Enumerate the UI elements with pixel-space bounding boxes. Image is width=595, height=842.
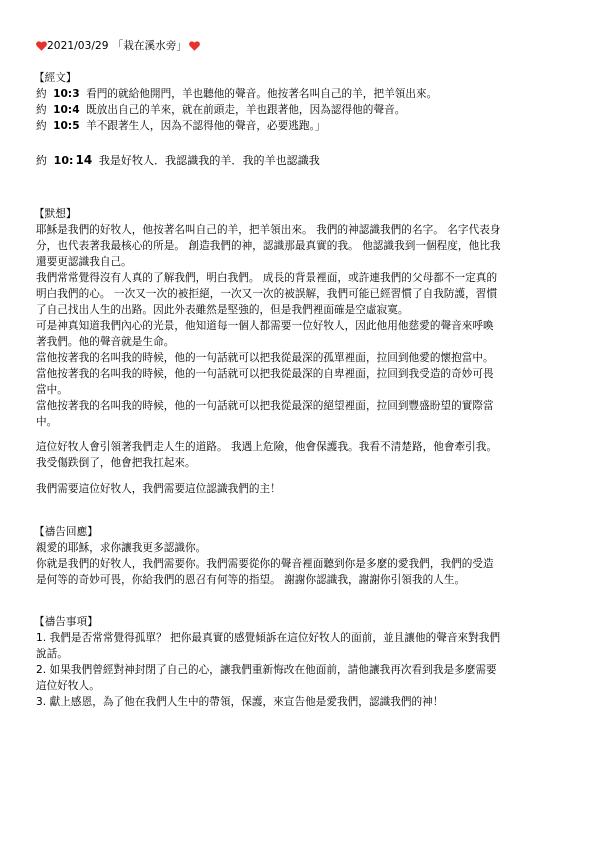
key-verse-ref: 10: (54, 154, 74, 167)
meditation-line: 當中。 (36, 382, 68, 398)
prayer-item-continuation: 這位好牧人。 (36, 678, 100, 694)
heart-icon (36, 41, 47, 51)
prayer-item-number: 3. (36, 696, 46, 708)
prayer-item-text: 如果我們曾經對神封閉了自己的心，讓我們重新悔改在他面前，請他讓我再次看到我是多麼… (50, 664, 497, 676)
prayer-response-line: 是何等的奇妙可畏，你給我們的恩召有何等的指望。 謝謝你認識我，謝謝你引領我的人生… (36, 572, 465, 588)
verse-book: 約 (36, 104, 47, 116)
heart-icon (189, 41, 200, 51)
verse-line: 約 10:4 既放出自己的羊來，就在前頭走，羊也跟著他，因為認得他的聲音。 (36, 102, 405, 118)
meditation-line: 了自己找出人生的出路。因此外表雖然是堅強的，但是我們裡面確是空虛寂寞。 (36, 302, 409, 318)
verse-ref: 10:3 (53, 88, 80, 100)
meditation-line: 著我們。他的聲音就是生命。 (36, 334, 174, 350)
prayer-item-text: 我們是否常常覺得孤單？ 把你最真實的感覺傾訴在這位好牧人的面前，並且讓他的聲音來… (50, 632, 500, 644)
scripture-heading: 【經文】 (34, 70, 77, 86)
prayer-item-text: 獻上感恩，為了他在我們人生中的帶領，保護，來宣告他是愛我們，認識我們的神！ (50, 696, 444, 708)
meditation-line: 我受傷跌倒了，他會把我扛起來。 (36, 455, 196, 471)
meditation-line: 我們常常覺得沒有人真的了解我們，明白我們。 成長的背景裡面，或許連我們的父母都不… (36, 270, 497, 286)
prayer-item-continuation: 說話。 (36, 646, 68, 662)
key-verse-book: 約 (36, 154, 47, 167)
meditation-conclusion: 我們需要這位好牧人，我們需要這位認識我們的主！ (36, 481, 281, 497)
verse-line: 約 10:5 羊不跟著生人，因為不認得他的聲音，必要逃跑。」 (36, 118, 326, 134)
meditation-line: 耶穌是我們的好牧人，他按著名叫自己的羊，把羊領出來。 我們的神認識我們的名字。 … (36, 222, 501, 238)
verse-text: 看門的就給他開門，羊也聽他的聲音。他按著名叫自己的羊，把羊領出來。 (86, 88, 437, 100)
prayer-response-line: 你就是我們的好牧人，我們需要你。我們需要從你的聲音裡面聽到你是多麼的愛我們，我們… (36, 556, 494, 572)
prayer-response-heading: 【禱告回應】 (34, 524, 98, 540)
meditation-line: 當他按著我的名叫我的時候，他的一句話就可以把我從最深的孤單裡面，拉回到他愛的懷抱… (36, 350, 494, 366)
meditation-line: 還要更認識我自己。 (36, 254, 132, 270)
prayer-response-line: 親愛的耶穌，求你讓我更多認識你。 (36, 540, 206, 556)
prayer-item-number: 2. (36, 664, 46, 676)
prayer-item: 2. 如果我們曾經對神封閉了自己的心，讓我們重新悔改在他面前，請他讓我再次看到我… (36, 662, 497, 678)
key-verse-text: 我是好牧人．我認識我的羊．我的羊也認識我 (99, 154, 320, 167)
prayer-items-heading: 【禱告事項】 (34, 614, 98, 630)
title-date: 2021/03/29 (47, 38, 109, 54)
devotional-title: 2021/03/29 「栽在溪水旁」 (36, 38, 200, 54)
meditation-line: 分，也代表著我最核心的所是。 創造我們的神，認識那最真實的我。 他認識我到一個程… (36, 238, 501, 254)
verse-ref: 10:5 (53, 120, 80, 132)
meditation-line: 這位好牧人會引領著我們走人生的道路。 我遇上危險，他會保護我。我看不清楚路，他會… (36, 439, 497, 455)
key-verse: 約 10:14 我是好牧人．我認識我的羊．我的羊也認識我 (36, 152, 320, 169)
verse-book: 約 (36, 120, 47, 132)
meditation-heading: 【默想】 (34, 206, 77, 222)
meditation-line: 中。 (36, 414, 57, 430)
meditation-line: 當他按著我的名叫我的時候，他的一句話就可以把我從最深的自卑裡面，拉回到我受造的奇… (36, 366, 494, 382)
prayer-item-number: 1. (36, 632, 46, 644)
title-text: 「栽在溪水旁」 (113, 38, 188, 54)
prayer-item: 3. 獻上感恩，為了他在我們人生中的帶領，保護，來宣告他是愛我們，認識我們的神！ (36, 694, 443, 710)
verse-line: 約 10:3 看門的就給他開門，羊也聽他的聲音。他按著名叫自己的羊，把羊領出來。 (36, 86, 437, 102)
prayer-item: 1. 我們是否常常覺得孤單？ 把你最真實的感覺傾訴在這位好牧人的面前，並且讓他的… (36, 630, 500, 646)
verse-ref: 10:4 (53, 104, 80, 116)
key-verse-ref-number: 14 (75, 153, 92, 167)
meditation-line: 當他按著我的名叫我的時候，他的一句話就可以把我從最深的絕望裡面，拉回到豐盛盼望的… (36, 398, 494, 414)
verse-text: 羊不跟著生人，因為不認得他的聲音，必要逃跑。」 (86, 120, 326, 132)
meditation-line: 可是神真知道我們內心的光景，他知道每一個人都需要一位好牧人，因此他用他慈愛的聲音… (36, 318, 494, 334)
meditation-line: 明白我們的心。 一次又一次的被拒絕，一次又一次的被誤解，我們可能已經習慣了自我防… (36, 286, 497, 302)
document-page: 2021/03/29 「栽在溪水旁」 【經文】 約 10:3 看門的就給他開門，… (0, 0, 595, 842)
verse-book: 約 (36, 88, 47, 100)
verse-text: 既放出自己的羊來，就在前頭走，羊也跟著他，因為認得他的聲音。 (86, 104, 405, 116)
